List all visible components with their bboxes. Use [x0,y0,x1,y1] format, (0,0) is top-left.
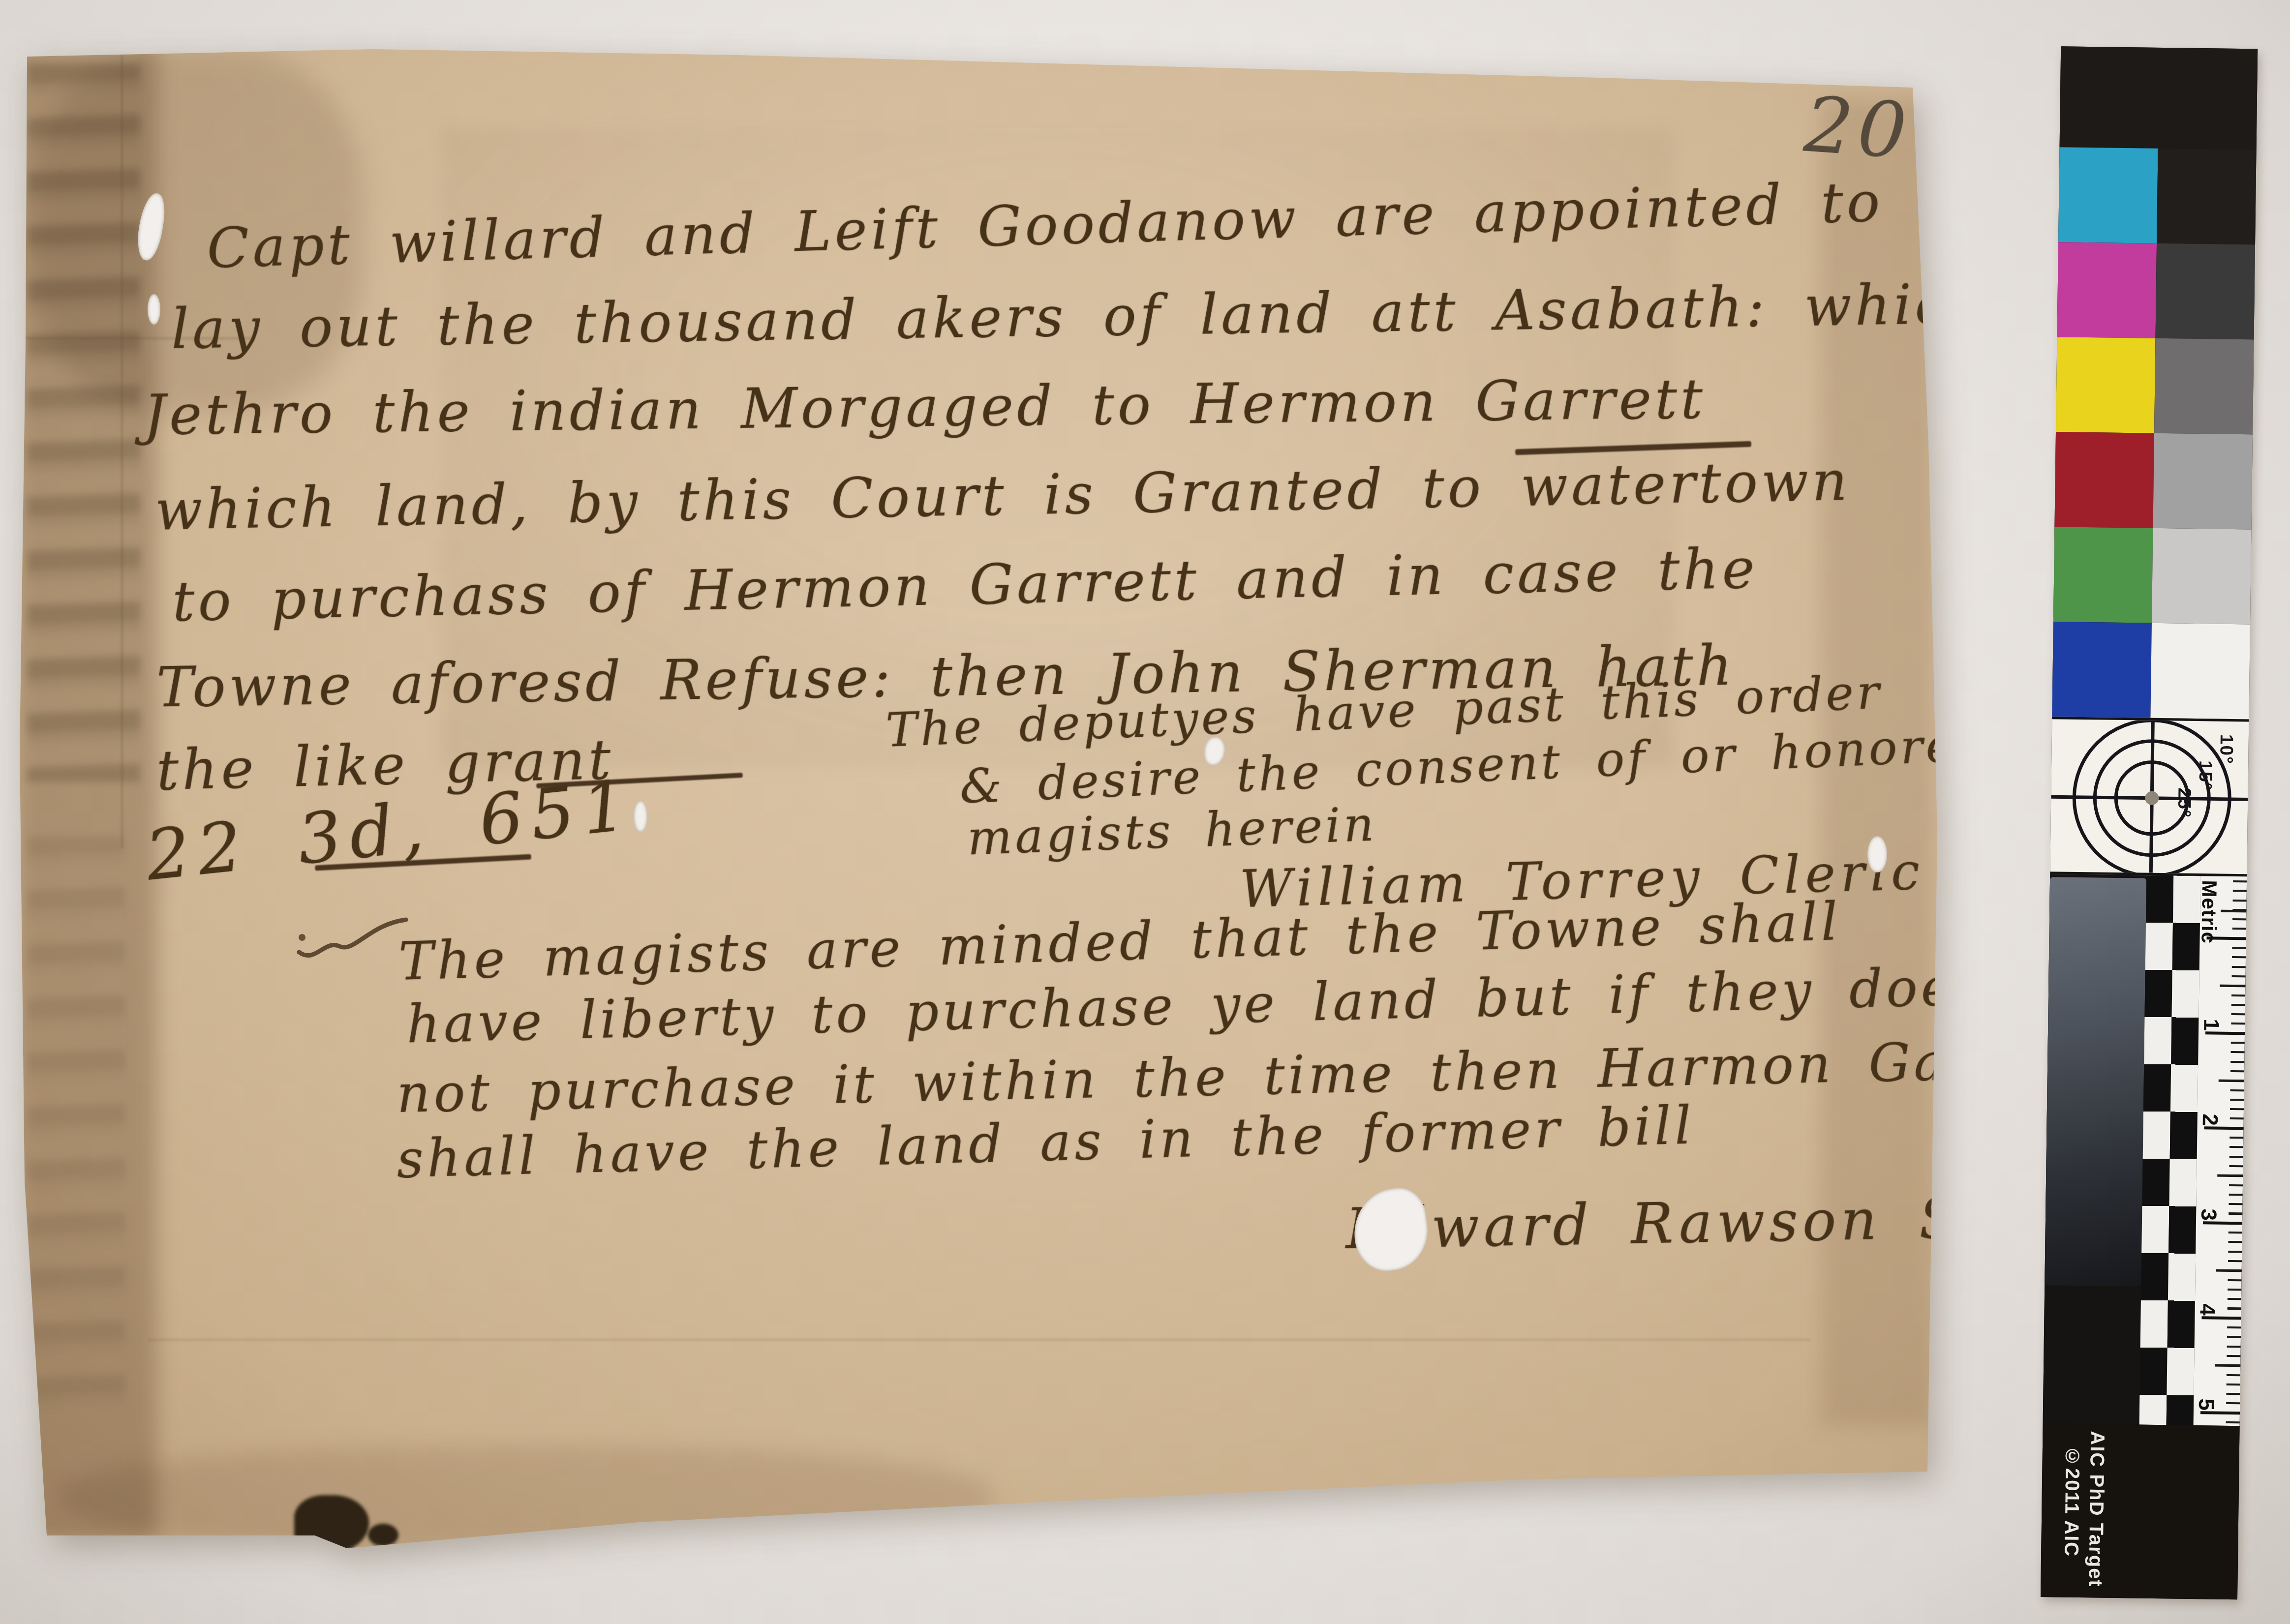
ruler-number-3: 3 [2196,1208,2221,1221]
swatch-cyan [2058,147,2158,243]
ruler-major-ticks [2200,876,2247,1426]
swatch-yellow [2056,337,2156,433]
swatch-row-1 [2058,147,2256,244]
target-black-band [2060,46,2258,150]
swatch-dark-red [2054,432,2154,528]
bullseye-label-25: 25° [2174,787,2195,818]
ink-bleedthrough-lower [27,836,125,1426]
paper-hole-refuse [634,801,647,832]
ruler-number-2: 2 [2198,1113,2222,1126]
swatch-row-6 [2052,622,2250,719]
ruler-number-1: 1 [2198,1019,2223,1031]
ink-blot-small [368,1524,398,1546]
swatch-white [2150,623,2250,720]
page-number: 20 [1801,80,1914,177]
ruler-section: 1 2 3 4 5 Metric [2043,874,2247,1426]
photo-canvas: { "photo": { "page_number": "20" }, "man… [0,0,2290,1624]
secretary-signature: Edward Rawson Secret [1345,1187,2132,1257]
manuscript-line-4: which land, by this Court is Granted to … [154,453,1851,538]
swatch-light-gray [2153,433,2253,530]
ink-bleedthrough [27,64,140,782]
manuscript-line-5: to purchass of Hermon Garrett and in cas… [172,541,1759,629]
paper-hole-small-1 [148,294,160,325]
bottom-band-stain [59,1446,994,1549]
manuscript-paper: 20 Capt willard and Leift Goodanow are a… [0,0,2290,1624]
ink-blot-large [294,1495,369,1553]
color-calibration-target: 10° 15° 25° 1 2 3 4 5 Metric AIC PhD Tar… [2041,46,2258,1599]
swatch-magenta [2057,242,2157,338]
lower-horizontal-crease [148,1339,1810,1341]
swatch-row-2 [2057,242,2255,339]
ruler-strip: 1 2 3 4 5 [2194,876,2247,1426]
target-title-text: AIC PhD Target [2084,1431,2108,1588]
gloss-panel [2045,877,2146,1286]
target-copyright-text: ©2011 AIC [2060,1445,2083,1558]
swatch-dark-gray [2156,243,2256,340]
manuscript-line-1: Capt willard and Leift Goodanow are appo… [206,174,1884,276]
ruler-number-5: 5 [2194,1398,2218,1411]
swatch-row-5 [2053,527,2251,624]
ruler-number-4: 4 [2195,1303,2220,1316]
swatch-black [2157,149,2257,245]
target-footer: AIC PhD Target ©2011 AIC [2041,1423,2240,1599]
bullseye-label-10: 10° [2216,734,2237,765]
swatch-row-4 [2054,432,2252,529]
bullseye-panel: 10° 15° 25° [2050,717,2249,876]
bullseye-label-15: 15° [2195,760,2216,791]
manuscript-line-3: Jethro the indian Morgaged to Hermon Gar… [144,371,1707,443]
swatch-mid-gray [2154,338,2254,435]
swatch-row-3 [2056,337,2254,434]
paper-hole-right-edge [1867,836,1887,872]
deputies-line-3: magists herein [967,800,1378,862]
ruler-metric-label: Metric [2197,880,2221,944]
swatch-pale-gray [2152,528,2252,625]
marginal-pen-mark [295,905,408,969]
swatch-green [2053,527,2153,623]
vertical-crease [121,52,123,848]
manuscript-line-2: lay out the thousand akers of land att A… [171,276,1988,357]
swatch-blue [2052,622,2152,718]
manuscript-paper-wrap: 20 Capt willard and Leift Goodanow are a… [0,0,2290,1624]
